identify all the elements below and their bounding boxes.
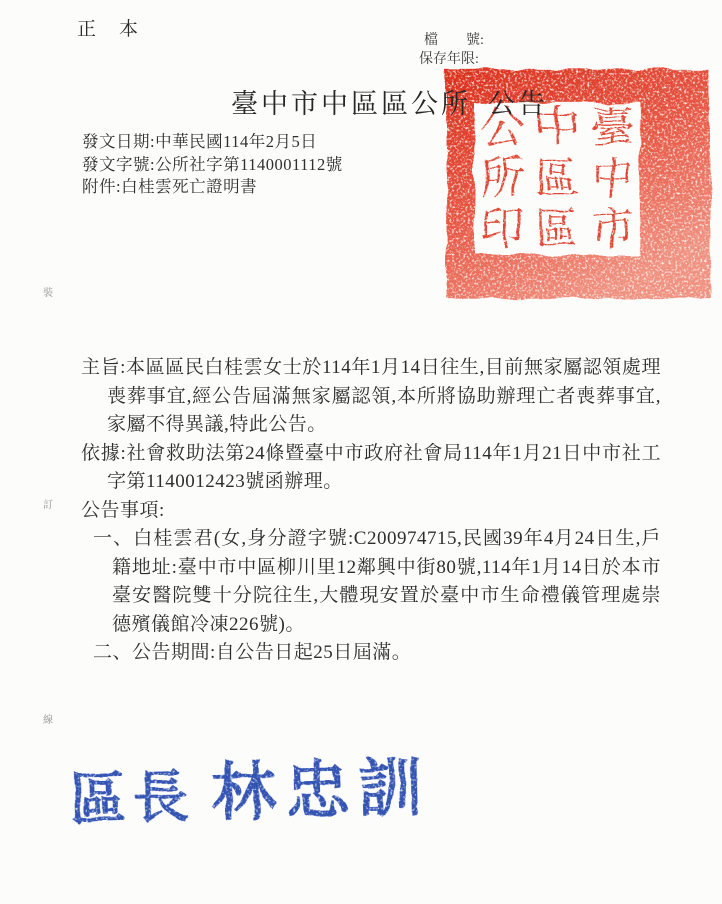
signature-name: 林忠訓 bbox=[211, 750, 432, 831]
signature-ink: 區長林忠訓 bbox=[69, 750, 432, 834]
binding-mark-ding: 訂 bbox=[43, 496, 53, 511]
basis-paragraph: 依據:社會救助法第24條暨臺中市政府社會局114年1月21日中市社工字第1140… bbox=[81, 440, 661, 497]
document-type-label: 公告 bbox=[488, 82, 548, 121]
subject-label: 主旨: bbox=[81, 357, 126, 378]
seal-char: 所 bbox=[480, 154, 524, 204]
item-text: 公告期間:自公告日起25日屆滿。 bbox=[132, 642, 411, 663]
basis-text: 社會救助法第24條暨臺中市政府社會局114年1月21日中市社工字第1140012… bbox=[107, 443, 661, 493]
seal-char: 區 bbox=[535, 154, 579, 204]
seal-char: 區 bbox=[535, 205, 579, 255]
seal-char: 臺 bbox=[591, 103, 635, 153]
meta-block: 發文日期:中華民國114年2月5日 發文字號:公所社字第1140001112號 … bbox=[82, 131, 343, 199]
issue-date-value: 中華民國114年2月5日 bbox=[155, 132, 317, 151]
doc-number-value: 公所社字第1140001112號 bbox=[155, 155, 343, 174]
document-page: 正 本 檔 號: 保存年限: bbox=[0, 0, 722, 904]
doc-number-line: 發文字號:公所社字第1140001112號 bbox=[82, 154, 343, 177]
subject-text: 本區區民白桂雲女士於114年1月14日往生,目前無家屬認領處理喪葬事宜,經公告屆… bbox=[107, 357, 661, 435]
seal-script-characters: 臺 中 市 中 區 區 公 所 印 bbox=[480, 103, 634, 254]
file-number-label: 檔 號: bbox=[424, 29, 484, 49]
binding-mark-zhuang: 裝 bbox=[43, 284, 53, 299]
district-chief-signature-stamp: 區長林忠訓 bbox=[58, 736, 450, 844]
seal-char: 市 bbox=[591, 205, 635, 255]
issue-date-label: 發文日期: bbox=[82, 132, 155, 151]
item-text: 白桂雲君(女,身分證字號:C200974715,民國39年4月24日生,戶籍地址… bbox=[112, 528, 661, 635]
announcement-item-1: 一、白桂雲君(女,身分證字號:C200974715,民國39年4月24日生,戶籍… bbox=[93, 525, 661, 639]
signature-text: 區長林忠訓 bbox=[69, 750, 432, 834]
seal-char: 印 bbox=[480, 205, 524, 255]
attachment-label: 附件: bbox=[82, 177, 121, 196]
document-title: 臺中市中區區公所 公告 bbox=[231, 82, 548, 121]
subject-paragraph: 主旨:本區區民白桂雲女士於114年1月14日往生,目前無家屬認領處理喪葬事宜,經… bbox=[81, 354, 661, 440]
announcement-item-2: 二、公告期間:自公告日起25日屆滿。 bbox=[93, 639, 661, 668]
binding-mark-xian: 線 bbox=[43, 711, 53, 726]
body-text: 主旨:本區區民白桂雲女士於114年1月14日往生,目前無家屬認領處理喪葬事宜,經… bbox=[81, 354, 661, 668]
item-number: 一、 bbox=[93, 528, 133, 549]
items-heading: 公告事項: bbox=[81, 497, 661, 526]
copy-type-label: 正 本 bbox=[77, 14, 140, 41]
item-number: 二、 bbox=[93, 642, 132, 663]
attachment-line: 附件:白桂雲死亡證明書 bbox=[82, 176, 343, 199]
signature-title: 區長 bbox=[69, 764, 195, 833]
basis-label: 依據: bbox=[81, 443, 126, 464]
issue-date-line: 發文日期:中華民國114年2月5日 bbox=[82, 131, 343, 154]
seal-char: 中 bbox=[591, 154, 635, 204]
doc-number-label: 發文字號: bbox=[82, 155, 155, 174]
attachment-value: 白桂雲死亡證明書 bbox=[121, 177, 257, 196]
issuing-organization: 臺中市中區區公所 bbox=[231, 82, 471, 121]
